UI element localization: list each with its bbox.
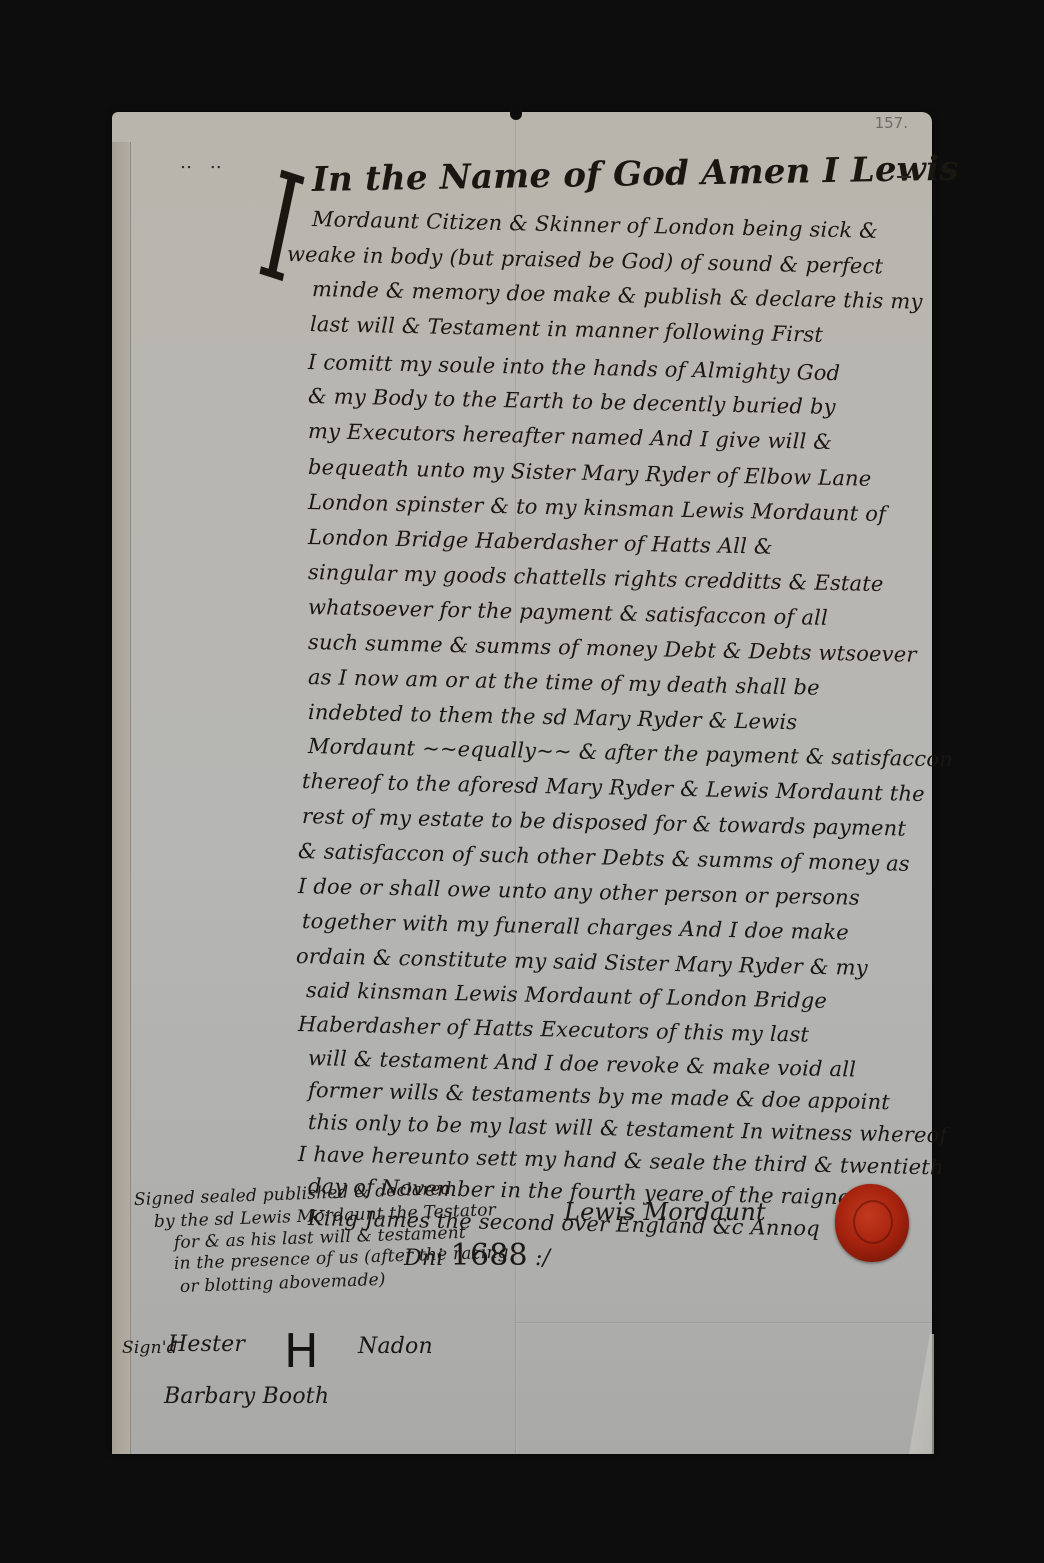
body-line: minde & memory doe make & publish & decl… (312, 277, 923, 314)
body-line: London Bridge Haberdasher of Hatts All & (308, 525, 773, 559)
body-line: Mordaunt Citizen & Skinner of London bei… (312, 207, 879, 243)
folio-number: 157. (875, 114, 908, 132)
body-line: as I now am or at the time of my death s… (308, 665, 820, 700)
body-line: singular my goods chattells rights credd… (308, 560, 884, 596)
witness-1-mark: H (284, 1324, 319, 1378)
body-line: & my Body to the Earth to be decently bu… (308, 384, 836, 419)
body-line: I doe or shall owe unto any other person… (298, 874, 860, 910)
body-line: such summe & summs of money Debt & Debts… (308, 630, 917, 667)
body-line: will & testament And I doe revoke & make… (308, 1046, 857, 1081)
date-suffix: :/ (535, 1246, 550, 1271)
left-margin-strip (112, 142, 131, 1454)
body-line: Mordaunt ~~equally~~ & after the payment… (308, 734, 953, 772)
body-line: former wills & testaments by me made & d… (308, 1078, 890, 1114)
body-line: thereof to the aforesd Mary Ryder & Lewi… (302, 769, 925, 806)
body-line: rest of my estate to be disposed for & t… (302, 804, 907, 841)
body-line: London spinster & to my kinsman Lewis Mo… (308, 490, 887, 526)
title-line: In the Name of God Amen I Lewis (312, 149, 959, 200)
body-line: I comitt my soule into the hands of Almi… (308, 350, 841, 385)
witness-2-signature: Barbary Booth (164, 1384, 329, 1409)
manuscript-page: 157. ‥ ‥ I In the Name of God Amen I Lew… (112, 112, 932, 1454)
body-line: weake in body (but praised be God) of so… (287, 242, 884, 278)
body-line: & satisfaccon of such other Debts & summ… (298, 839, 910, 876)
top-edge-notch (510, 110, 522, 120)
body-line: ordain & constitute my said Sister Mary … (296, 944, 868, 980)
body-line: I have hereunto sett my hand & seale the… (298, 1142, 944, 1180)
body-line: said kinsman Lewis Mordaunt of London Br… (306, 978, 828, 1013)
body-line: last will & Testament in manner followin… (310, 312, 824, 347)
witness-1-first-name: Hester (168, 1332, 245, 1357)
torn-corner (904, 1334, 934, 1454)
body-line: Haberdasher of Hatts Executors of this m… (298, 1012, 810, 1047)
body-line: bequeath unto my Sister Mary Ryder of El… (308, 455, 872, 491)
decorative-initial-I: I (258, 150, 304, 308)
attestation-line: or blotting abovemade) (180, 1270, 386, 1297)
body-line: together with my funerall charges And I … (302, 909, 849, 944)
corner-ink-marks: ‥ ‥ (180, 152, 228, 173)
wax-seal (835, 1184, 909, 1262)
horizontal-fold-line (515, 1322, 932, 1324)
body-line: my Executors hereafter named And I give … (308, 419, 833, 454)
testator-signature: Lewis Mordaunt (564, 1198, 766, 1226)
witness-1-last-name: Nadon (358, 1334, 433, 1359)
line-filler-dash (897, 176, 911, 178)
body-line: whatsoever for the payment & satisfaccon… (308, 595, 828, 630)
body-line: indebted to them the sd Mary Ryder & Lew… (308, 700, 798, 734)
body-line: this only to be my last will & testament… (308, 1110, 948, 1147)
